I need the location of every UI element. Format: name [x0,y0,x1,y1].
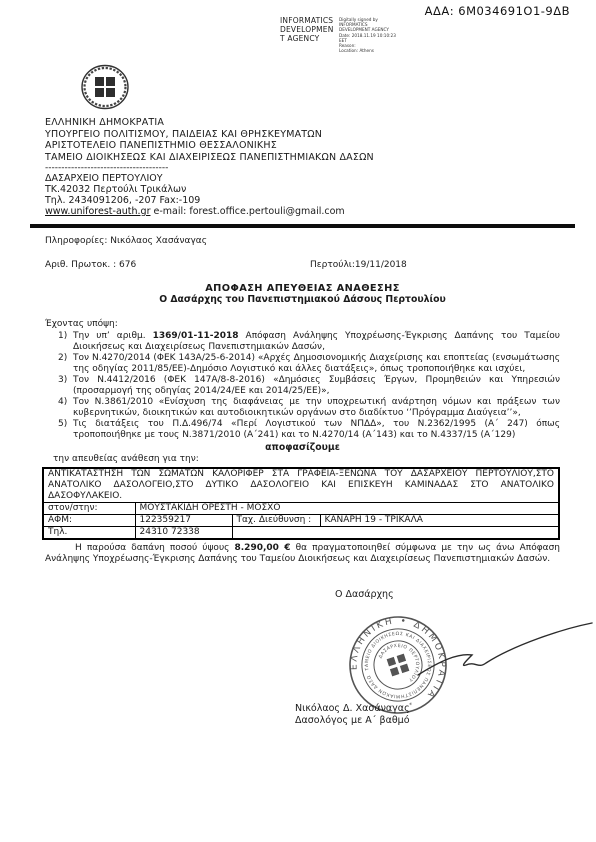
office-line: ΤΚ.42032 Περτούλι Τρικάλων [45,184,560,195]
agency-line: T AGENCY [280,34,336,43]
item-number: 5) [58,419,73,441]
office-block: ΔΑΣΑΡΧΕΙΟ ΠΕΡΤΟΥΛΙΟΥ ΤΚ.42032 Περτούλι Τ… [45,173,560,217]
closing-amount: 8.290,00 € [235,543,291,553]
header-line: ΥΠΟΥΡΓΕΙΟ ΠΟΛΙΤΙΣΜΟΥ, ΠΑΙΔΕΙΑΣ ΚΑΙ ΘΡΗΣΚ… [45,129,560,141]
greek-national-emblem-icon [80,64,130,110]
digital-signature-details: Digitally signed by INFORMATICS DEVELOPM… [339,17,409,53]
table-row: στον/στην: ΜΟΥΣΤΑΚΙΔΗ ΟΡΕΣΤΗ - ΜΟΣΧΟ [43,503,559,515]
list-item: 4) Τον Ν.3861/2010 «Ενίσχυση της διαφάνε… [45,397,560,419]
stamp-center-emblem [387,654,410,677]
header-line: ΑΡΙΣΤΟΤΕΛΕΙΟ ΠΑΝΕΠΙΣΤΗΜΙΟ ΘΕΣΣΑΛΟΝΙΚΗΣ [45,140,560,152]
office-line: ΔΑΣΑΡΧΕΙΟ ΠΕΡΤΟΥΛΙΟΥ [45,173,560,184]
item-text-pre: Την υπ’ αριθμ. [73,331,153,341]
table-row: Τηλ. 24310 72338 [43,527,559,540]
place-date: Περτούλι:19/11/2018 [310,260,407,271]
signature-area: Ο Δασάρχης ΕΛΛΗΝΙΚΗ • ΔΗΜΟΚΡΑΤΙΑ [45,565,560,733]
signatory-identity: Νικόλαος Δ. Χασάναγας Δασολόγος με Α΄ βα… [295,703,410,727]
closing-paragraph: Η παρούσα δαπάνη ποσού ύψους 8.290,00 € … [45,543,560,565]
item-number: 2) [58,353,73,375]
agency-line: INFORMATICS [280,16,336,25]
item-number: 3) [58,375,73,397]
item-text: Τον Ν.4270/2014 (ΦΕΚ 143Α/25-6-2014) «Αρ… [73,353,560,375]
address-label-cell: Ταχ. Διεύθυνση : [232,515,320,527]
address-value-cell: ΚΑΝΑΡΗ 19 - ΤΡΙΚΑΛΑ [320,515,559,527]
to-value-cell: ΜΟΥΣΤΑΚΙΔΗ ΟΡΕΣΤΗ - ΜΟΣΧΟ [135,503,559,515]
informatics-agency-stamp: INFORMATICS DEVELOPMEN T AGENCY [280,16,336,43]
protocol-number: Αριθ. Πρωτοκ. : 676 [45,260,310,271]
afm-value-cell: 122359217 [135,515,232,527]
having-regard-label: Έχοντας υπόψη: [45,319,560,330]
ministry-header: ΕΛΛΗΝΙΚΗ ΔΗΜΟΚΡΑΤΙΑ ΥΠΟΥΡΓΕΙΟ ΠΟΛΙΤΙΣΜΟΥ… [45,117,560,173]
subject-cell: ΑΝΤΙΚΑΤΑΣΤΗΣΗ ΤΩΝ ΣΩΜΑΤΩΝ ΚΑΛΟΡΙΦΕΡ ΣΤΑ … [43,468,559,503]
document-page: ΑΔΑ: 6Μ034691Ο1-9ΔΒ INFORMATICS DEVELOPM… [0,0,596,842]
item-text: Τις διατάξεις του Π.Δ.496/74 «Περί Λογισ… [73,419,560,441]
empty-cell [232,527,559,540]
phone-label-cell: Τηλ. [43,527,135,540]
header-line: ΕΛΛΗΝΙΚΗ ΔΗΜΟΚΡΑΤΙΑ [45,117,560,129]
website-link[interactable]: www.uniforest-auth.gr [45,206,150,217]
ada-code: ΑΔΑ: 6Μ034691Ο1-9ΔΒ [425,6,570,17]
signatory-name: Νικόλαος Δ. Χασάναγας [295,703,410,715]
protocol-row: Αριθ. Πρωτοκ. : 676 Περτούλι:19/11/2018 [45,260,560,271]
award-table: ΑΝΤΙΚΑΤΑΣΤΗΣΗ ΤΩΝ ΣΩΜΑΤΩΝ ΚΑΛΟΡΙΦΕΡ ΣΤΑ … [42,467,560,540]
item-number: 4) [58,397,73,419]
phone-value-cell: 24310 72338 [135,527,232,540]
afm-label-cell: ΑΦΜ: [43,515,135,527]
table-row: ΑΦΜ: 122359217 Ταχ. Διεύθυνση : ΚΑΝΑΡΗ 1… [43,515,559,527]
list-item: 3) Τον Ν.4412/2016 (ΦΕΚ 147Α/8-8-2016) «… [45,375,560,397]
header-rule [30,224,575,228]
decision-subtitle: Ο Δασάρχης του Πανεπιστημιακού Δάσους Πε… [45,294,560,305]
info-line: Πληροφορίες: Νικόλαος Χασάναγας [45,236,560,247]
email-text: e-mail: forest.office.pertouli@gmail.com [154,206,345,217]
list-item: 5) Τις διατάξεις του Π.Δ.496/74 «Περί Λο… [45,419,560,441]
header-divider: -------------------------------------- [45,163,560,173]
closing-pre: Η παρούσα δαπάνη ποσού ύψους [75,543,235,553]
decide-label: αποφασίζουμε [45,442,560,453]
list-item: 2) Τον Ν.4270/2014 (ΦΕΚ 143Α/25-6-2014) … [45,353,560,375]
contact-line: www.uniforest-auth.gr e-mail: forest.off… [45,206,560,217]
item-text-bold: 1369/01-11-2018 [153,331,239,341]
to-label-cell: στον/στην: [43,503,135,515]
item-text: Τον Ν.3861/2010 «Ενίσχυση της διαφάνειας… [73,397,560,419]
item-number: 1) [58,331,73,353]
header-line: ΤΑΜΕΙΟ ΔΙΟΙΚΗΣΕΩΣ ΚΑΙ ΔΙΑΧΕΙΡΙΣΕΩΣ ΠΑΝΕΠ… [45,152,560,164]
assignment-intro: την απευθείας ανάθεση για την: [53,454,560,465]
item-text: Την υπ’ αριθμ. 1369/01-11-2018 Απόφαση Α… [73,331,560,353]
signatory-role: Ο Δασάρχης [335,589,394,600]
list-item: 1) Την υπ’ αριθμ. 1369/01-11-2018 Απόφασ… [45,331,560,353]
legal-basis-list: 1) Την υπ’ αριθμ. 1369/01-11-2018 Απόφασ… [45,331,560,441]
signatory-title: Δασολόγος με Α΄ βαθμό [295,715,410,727]
agency-line: DEVELOPMEN [280,25,336,34]
table-row: ΑΝΤΙΚΑΤΑΣΤΗΣΗ ΤΩΝ ΣΩΜΑΤΩΝ ΚΑΛΟΡΙΦΕΡ ΣΤΑ … [43,468,559,503]
sig-detail-line: Location: Athens [339,48,409,53]
decision-title: ΑΠΟΦΑΣΗ ΑΠΕΥΘΕΙΑΣ ΑΝΑΘΕΣΗΣ [45,283,560,294]
item-text: Τον Ν.4412/2016 (ΦΕΚ 147Α/8-8-2016) «Δημ… [73,375,560,397]
office-line: Τηλ. 2434091206, -207 Fax:-109 [45,195,560,206]
